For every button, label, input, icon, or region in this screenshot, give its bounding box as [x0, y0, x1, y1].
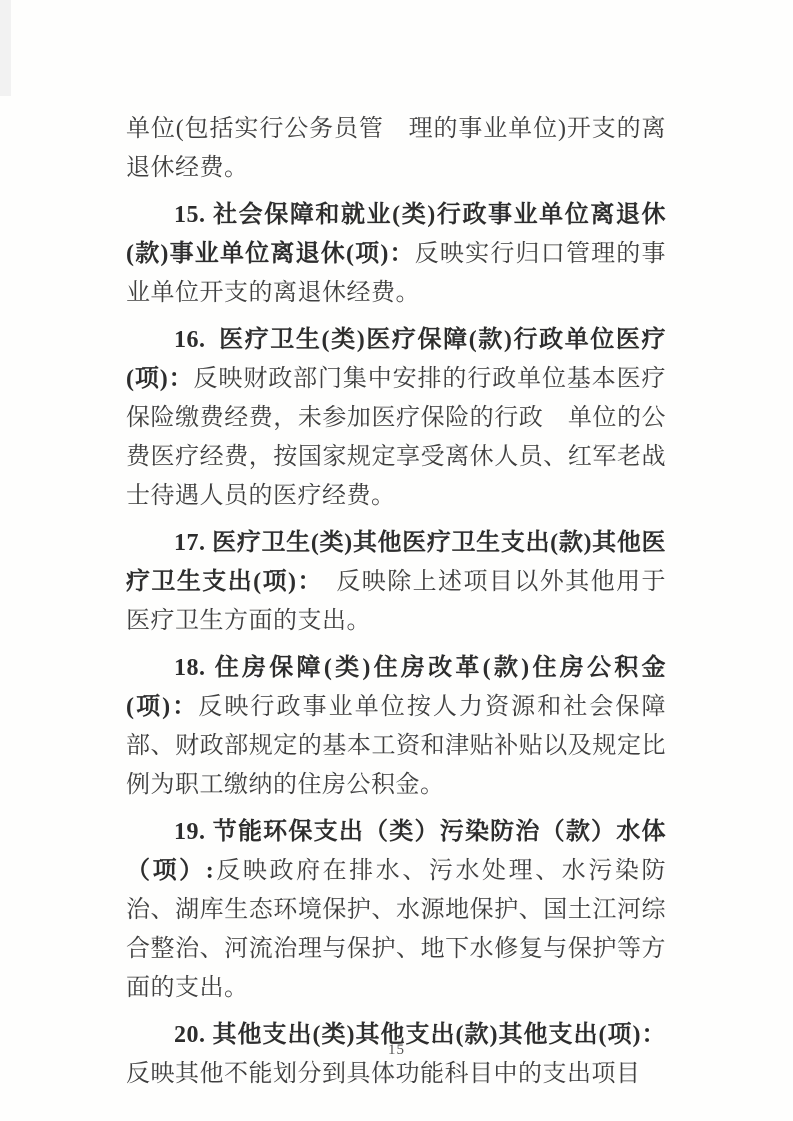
paragraph-text-run: 反映其他不能划分到具体功能科目中的支出项目: [126, 1061, 641, 1087]
paragraph: 16. 医疗卫生(类)医疗保障(款)行政单位医疗(项)：反映财政部门集中安排的行…: [126, 321, 666, 516]
paragraph: 17. 医疗卫生(类)其他医疗卫生支出(款)其他医疗卫生支出(项)： 反映除上述…: [126, 524, 666, 641]
paragraph-text-run: 反映财政部门集中安排的行政单位基本医疗保险缴费经费，未参加医疗保险的行政 单位的…: [126, 366, 666, 509]
paragraph: 15. 社会保障和就业(类)行政事业单位离退休(款)事业单位离退休(项)：反映实…: [126, 196, 666, 313]
paragraph: 18. 住房保障(类)住房改革(款)住房公积金(项)：反映行政事业单位按人力资源…: [126, 649, 666, 805]
paragraph-text-run: 单位(包括实行公务员管 理的事业单位)开支的离退休经费。: [126, 116, 666, 181]
document-body: 单位(包括实行公务员管 理的事业单位)开支的离退休经费。15. 社会保障和就业(…: [126, 110, 666, 1102]
paragraph-text-run: 反映行政事业单位按人力资源和社会保障部、财政部规定的基本工资和津贴补贴以及规定比…: [126, 694, 666, 798]
page-number: 15: [0, 1042, 793, 1059]
scan-edge-artifact: [0, 0, 11, 96]
document-page: 单位(包括实行公务员管 理的事业单位)开支的离退休经费。15. 社会保障和就业(…: [0, 0, 793, 1121]
paragraph: 单位(包括实行公务员管 理的事业单位)开支的离退休经费。: [126, 110, 666, 188]
paragraph: 19. 节能环保支出（类）污染防治（款）水体（项）:反映政府在排水、污水处理、水…: [126, 813, 666, 1008]
